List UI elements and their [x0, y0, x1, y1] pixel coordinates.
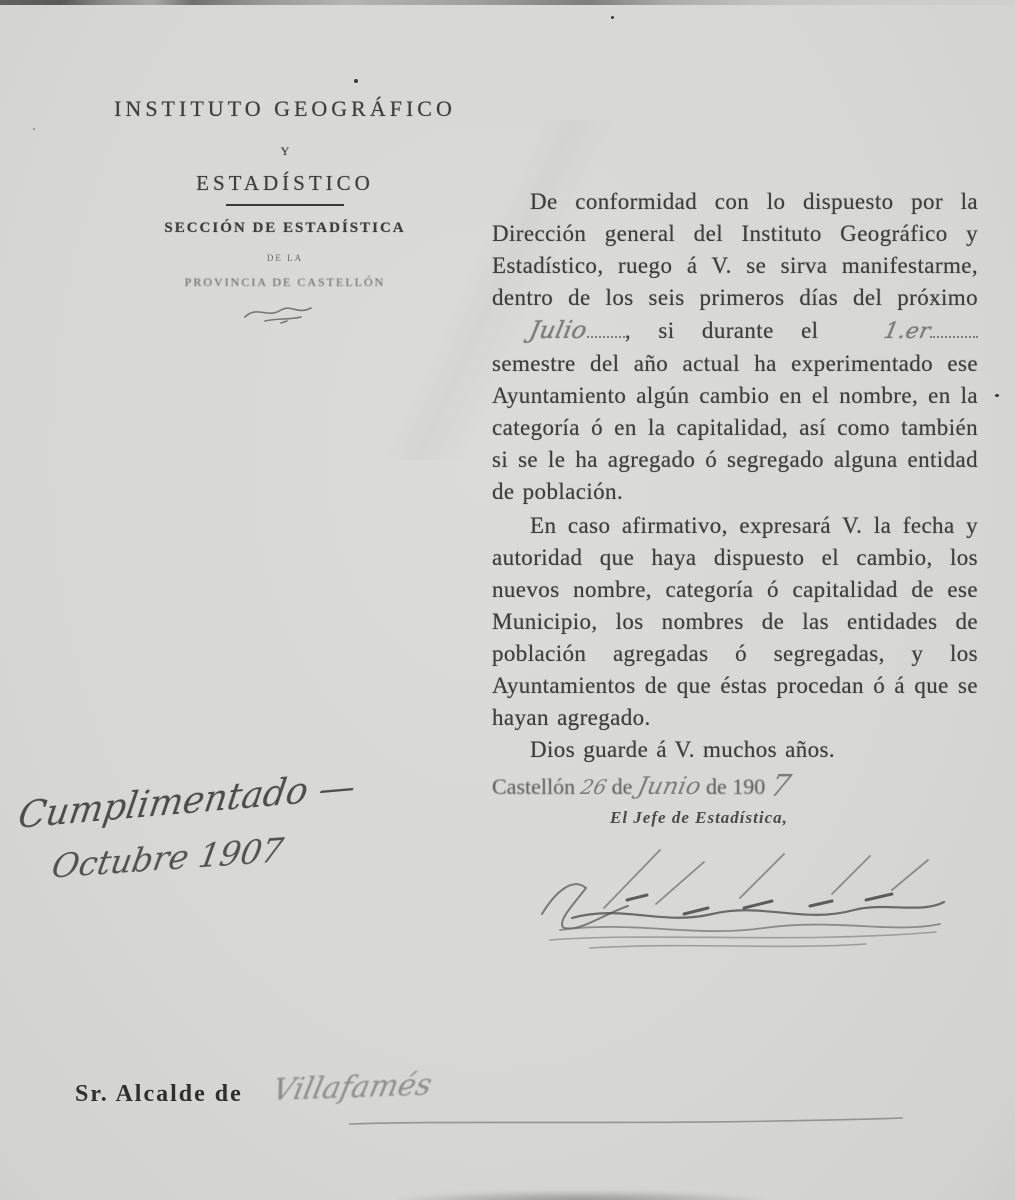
paragraph-1: De conformidad con lo dispuesto por la D…	[492, 186, 978, 508]
ink-speck	[33, 128, 35, 130]
letterhead-rule	[226, 204, 344, 206]
blank-leader	[587, 321, 625, 338]
paragraph-1-part-1: De conformidad con lo dispuesto por la D…	[492, 189, 978, 310]
letterhead-province: PROVINCIA DE CASTELLÓN	[70, 275, 500, 290]
handwritten-month-fill: Julio	[489, 314, 591, 346]
addressee-name-handwritten: Villafamés	[269, 1067, 435, 1108]
scan-top-edge-artifact	[0, 0, 1015, 5]
letterhead-conjunction: Y	[70, 144, 500, 159]
dateline-month-handwritten: Junio	[634, 769, 704, 803]
addressee-label: Sr. Alcalde de	[75, 1081, 243, 1108]
paragraph-1-part-3: semestre del año actual ha experimentado…	[492, 351, 978, 504]
signature-flourish-icon	[532, 834, 952, 952]
paragraph-2: En caso afirmativo, expresará V. la fech…	[492, 510, 978, 734]
letterhead-flourish-icon	[70, 298, 500, 331]
signature	[532, 834, 978, 957]
valediction: Dios guarde á V. muchos años.	[492, 734, 978, 766]
signer-title: El Jefe de Estadística,	[610, 808, 978, 828]
letterhead-title-line2: ESTADÍSTICO	[70, 171, 500, 196]
letterhead-title-line1: INSTITUTO GEOGRÁFICO	[70, 96, 500, 122]
ink-speck	[354, 79, 358, 83]
blank-leader	[930, 321, 978, 338]
dateline: Castellón 26 de Junio de 190 7	[492, 768, 978, 804]
addressee-line: Sr. Alcalde de Villafamés	[75, 1074, 975, 1144]
letter-body: De conformidad con lo dispuesto por la D…	[492, 186, 978, 957]
addressee-underline	[347, 1114, 907, 1130]
scan-bottom-smudge	[395, 1191, 765, 1200]
letterhead-section: SECCIÓN DE ESTADÍSTICA	[70, 220, 500, 237]
letterhead-of-the: DE LA	[70, 253, 500, 263]
ink-speck	[995, 394, 999, 397]
dateline-year-digit-handwritten: 7	[767, 770, 793, 804]
margin-annotation: Cumplimentado — Octubre 1907	[18, 780, 378, 874]
scanned-letter-page: { "page": { "background_hex": "#d7d7d5",…	[0, 0, 1015, 1200]
ink-speck	[611, 16, 614, 19]
dateline-de1: de	[612, 774, 633, 799]
paragraph-1-part-2: , si durante el	[625, 318, 846, 343]
dateline-de2: de 190	[706, 774, 765, 799]
handwritten-semester-fill: 1.er	[842, 316, 933, 348]
dateline-city: Castellón	[492, 774, 575, 799]
dateline-day-handwritten: 26	[577, 770, 610, 804]
letterhead: INSTITUTO GEOGRÁFICO Y ESTADÍSTICO SECCI…	[70, 96, 500, 331]
